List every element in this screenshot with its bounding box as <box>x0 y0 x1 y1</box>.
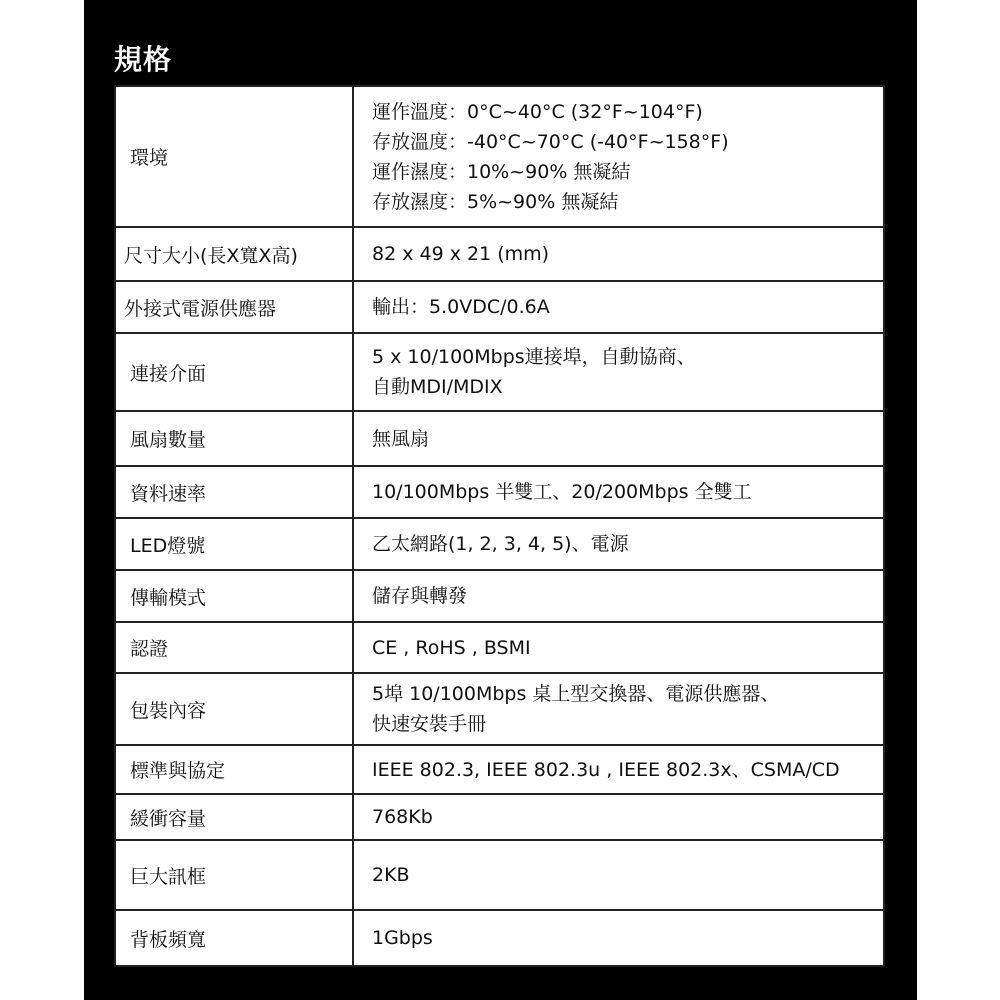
spec-row: 傳輸模式儲存與轉發 <box>115 570 884 622</box>
spec-label: 連接介面 <box>115 333 353 411</box>
spec-value-line: 儲存與轉發 <box>372 581 883 611</box>
spec-row: 尺寸大小(長X寬X高)82 x 49 x 21 (mm) <box>115 227 884 281</box>
spec-label: 外接式電源供應器 <box>115 281 353 333</box>
spec-label: 環境 <box>115 86 353 227</box>
spec-value: 5 x 10/100Mbps連接埠，自動協商、自動MDI/MDIX <box>353 333 884 411</box>
spec-value: 1Gbps <box>353 910 884 966</box>
spec-value: 2KB <box>353 840 884 910</box>
spec-label: 緩衝容量 <box>115 794 353 840</box>
spec-label: 尺寸大小(長X寬X高) <box>115 227 353 281</box>
spec-label: 背板頻寬 <box>115 910 353 966</box>
spec-value-line: 存放溫度：-40°C~70°C (-40°F~158°F) <box>372 127 883 157</box>
spec-row: 資料速率10/100Mbps 半雙工、20/200Mbps 全雙工 <box>115 466 884 518</box>
spec-value-line: 運作溫度：0°C~40°C (32°F~104°F) <box>372 97 883 127</box>
spec-label: 資料速率 <box>115 466 353 518</box>
spec-label: 傳輸模式 <box>115 570 353 622</box>
spec-row: 背板頻寬1Gbps <box>115 910 884 966</box>
spec-value: 輸出：5.0VDC/0.6A <box>353 281 884 333</box>
spec-row: 包裝內容5埠 10/100Mbps 桌上型交換器、電源供應器、快速安裝手冊 <box>115 673 884 745</box>
spec-label: 認證 <box>115 622 353 673</box>
spec-value: 儲存與轉發 <box>353 570 884 622</box>
spec-value-line: 存放濕度：5%~90% 無凝結 <box>372 187 883 217</box>
spec-label: 巨大訊框 <box>115 840 353 910</box>
spec-value: 運作溫度：0°C~40°C (32°F~104°F)存放溫度：-40°C~70°… <box>353 86 884 227</box>
spec-value-line: CE , RoHS , BSMI <box>372 633 883 663</box>
spec-value-line: 5埠 10/100Mbps 桌上型交換器、電源供應器、 <box>372 679 883 709</box>
spec-value: 82 x 49 x 21 (mm) <box>353 227 884 281</box>
spec-label: 風扇數量 <box>115 411 353 466</box>
spec-value: 5埠 10/100Mbps 桌上型交換器、電源供應器、快速安裝手冊 <box>353 673 884 745</box>
spec-value: IEEE 802.3, IEEE 802.3u , IEEE 802.3x、CS… <box>353 745 884 794</box>
spec-value-line: 無風扇 <box>372 424 883 454</box>
spec-value-line: 82 x 49 x 21 (mm) <box>372 239 883 269</box>
spec-row: 標準與協定IEEE 802.3, IEEE 802.3u , IEEE 802.… <box>115 745 884 794</box>
spec-table: 環境運作溫度：0°C~40°C (32°F~104°F)存放溫度：-40°C~7… <box>114 85 885 967</box>
spec-value-line: 輸出：5.0VDC/0.6A <box>372 292 883 322</box>
spec-row: 風扇數量無風扇 <box>115 411 884 466</box>
spec-row: 連接介面5 x 10/100Mbps連接埠，自動協商、自動MDI/MDIX <box>115 333 884 411</box>
spec-value-line: 自動MDI/MDIX <box>372 372 883 402</box>
page-title: 規格 <box>114 40 172 80</box>
spec-row: 認證CE , RoHS , BSMI <box>115 622 884 673</box>
spec-label: 包裝內容 <box>115 673 353 745</box>
spec-value-line: 10/100Mbps 半雙工、20/200Mbps 全雙工 <box>372 477 883 507</box>
spec-row: 緩衝容量768Kb <box>115 794 884 840</box>
spec-row: 巨大訊框2KB <box>115 840 884 910</box>
spec-value: 乙太網路(1, 2, 3, 4, 5)、電源 <box>353 518 884 570</box>
spec-value-line: 乙太網路(1, 2, 3, 4, 5)、電源 <box>372 529 883 559</box>
spec-value-line: 5 x 10/100Mbps連接埠，自動協商、 <box>372 342 883 372</box>
spec-row: 環境運作溫度：0°C~40°C (32°F~104°F)存放溫度：-40°C~7… <box>115 86 884 227</box>
spec-value: CE , RoHS , BSMI <box>353 622 884 673</box>
spec-value: 10/100Mbps 半雙工、20/200Mbps 全雙工 <box>353 466 884 518</box>
spec-value-line: 快速安裝手冊 <box>372 709 883 739</box>
spec-value-line: 1Gbps <box>372 923 883 953</box>
spec-value-line: 2KB <box>372 860 883 890</box>
spec-label: 標準與協定 <box>115 745 353 794</box>
spec-value-line: 768Kb <box>372 802 883 832</box>
spec-label: LED燈號 <box>115 518 353 570</box>
spec-row: LED燈號乙太網路(1, 2, 3, 4, 5)、電源 <box>115 518 884 570</box>
spec-value: 無風扇 <box>353 411 884 466</box>
spec-value: 768Kb <box>353 794 884 840</box>
spec-row: 外接式電源供應器輸出：5.0VDC/0.6A <box>115 281 884 333</box>
spec-value-line: IEEE 802.3, IEEE 802.3u , IEEE 802.3x、CS… <box>372 755 883 785</box>
spec-value-line: 運作濕度：10%~90% 無凝結 <box>372 157 883 187</box>
